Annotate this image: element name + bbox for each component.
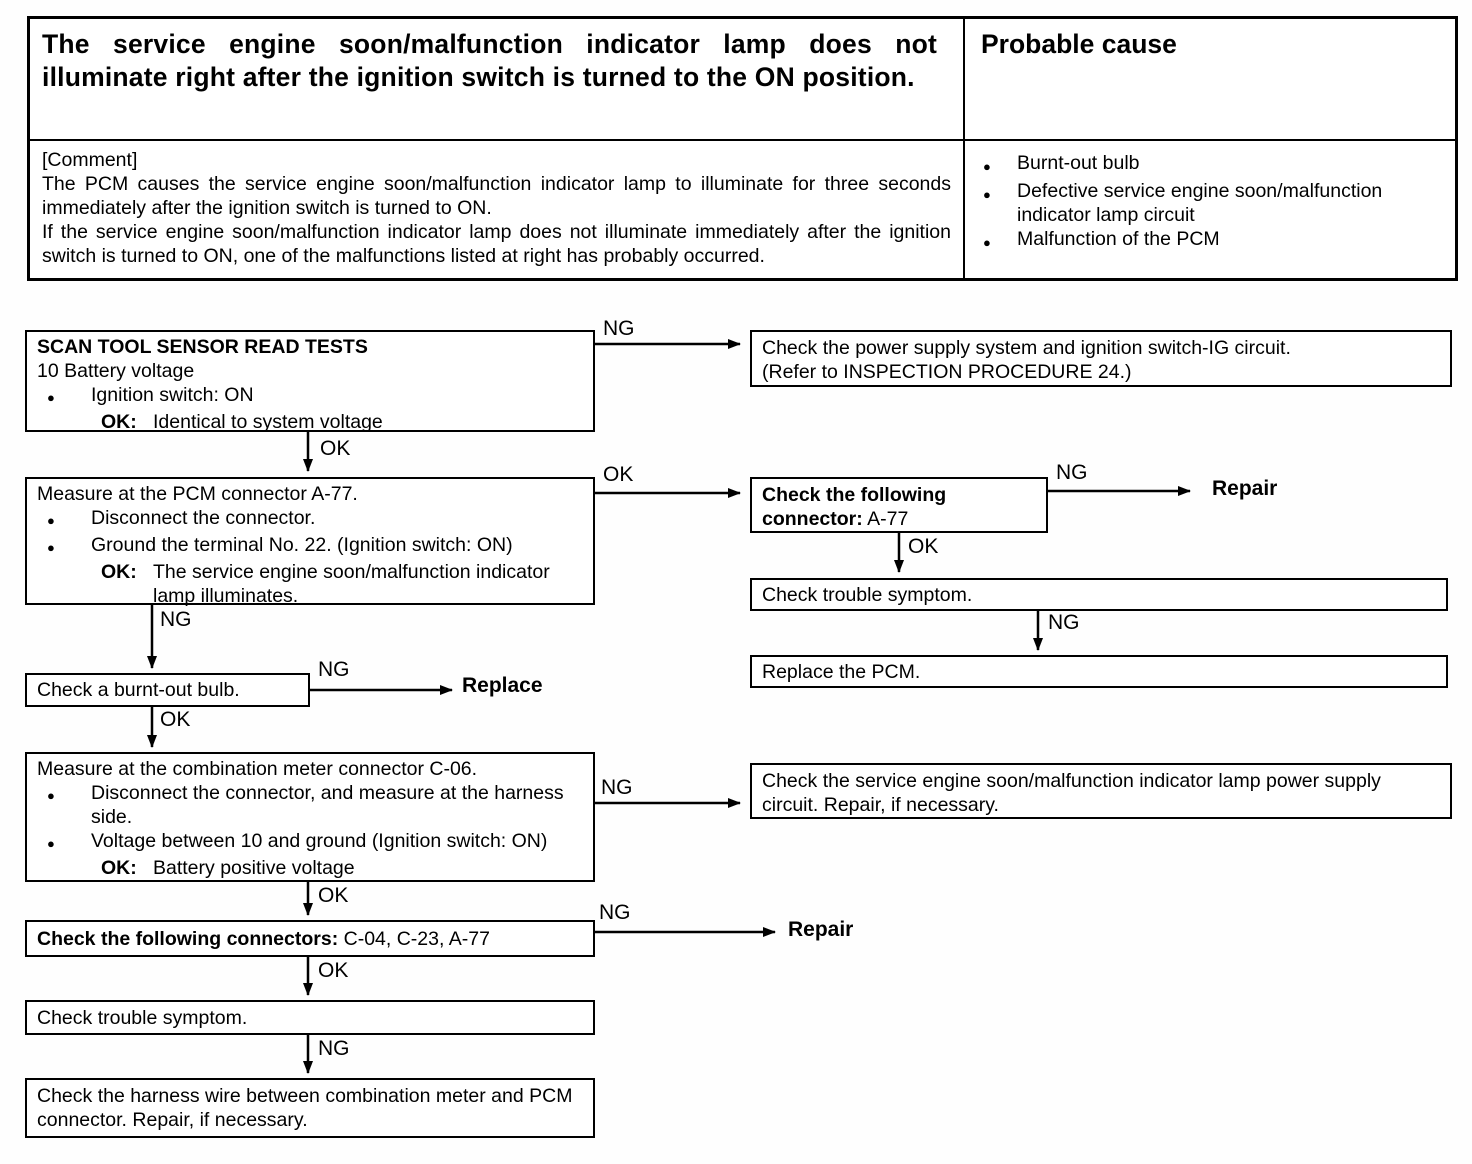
box-text: Check the following connectors: C-04, C-… [37, 927, 583, 951]
box-text: Replace the PCM. [762, 660, 1436, 684]
ok-prefix: OK: [101, 856, 153, 880]
bullet-text: Disconnect the connector. [91, 506, 583, 533]
box-text-bold: Check the following connector: [762, 484, 946, 530]
list-item: ● Malfunction of the PCM [979, 227, 1445, 255]
box-text: Check the service engine soon/malfunctio… [762, 769, 1440, 817]
comment-paragraph: The PCM causes the service engine soon/m… [42, 172, 951, 220]
box-text-bold: Check the following connectors: [37, 928, 338, 950]
flow-box-check-trouble-symptom-right: Check trouble symptom. [750, 578, 1448, 611]
problem-title: The service engine soon/malfunction indi… [30, 19, 965, 141]
arrow-label-ng: NG [318, 658, 350, 682]
bullet-icon: ● [37, 533, 91, 560]
terminal-replace: Replace [462, 674, 543, 698]
probable-cause-header: Probable cause [965, 19, 1455, 141]
box-bullet-row: ● Disconnect the connector. [37, 506, 583, 533]
comment-label: [Comment] [42, 148, 951, 172]
probable-cause-list: ● Burnt-out bulb ● Defective service eng… [965, 141, 1455, 278]
bullet-icon: ● [979, 179, 1017, 227]
ok-prefix: OK: [101, 410, 153, 434]
box-line: (Refer to INSPECTION PROCEDURE 24.) [762, 360, 1440, 384]
flow-box-measure-pcm-connector: Measure at the PCM connector A-77. ● Dis… [25, 477, 595, 605]
list-item: ● Burnt-out bulb [979, 151, 1445, 179]
arrow-label-ng: NG [1056, 461, 1088, 485]
arrow-label-ng: NG [603, 317, 635, 341]
bullet-text: Ground the terminal No. 22. (Ignition sw… [91, 533, 583, 560]
box-text: Check trouble symptom. [762, 583, 1436, 607]
arrow-label-ng: NG [160, 608, 192, 632]
arrow-label-ng: NG [1048, 611, 1080, 635]
box-bullet-row: ● Ignition switch: ON [37, 383, 583, 410]
box-ok-row: OK: Battery positive voltage [37, 856, 583, 880]
terminal-repair: Repair [1212, 477, 1277, 501]
bullet-text: Disconnect the connector, and measure at… [91, 781, 583, 829]
service-manual-page: The service engine soon/malfunction indi… [0, 0, 1472, 1164]
probable-cause-text: Burnt-out bulb [1017, 151, 1445, 179]
arrow-label-ok: OK [603, 463, 633, 487]
flow-box-measure-combination-meter: Measure at the combination meter connect… [25, 752, 595, 882]
arrow-label-ok: OK [318, 884, 348, 908]
arrow-label-ok: OK [908, 535, 938, 559]
arrow-label-ng: NG [318, 1037, 350, 1061]
flow-box-check-connector-a77: Check the following connector: A-77 [750, 477, 1048, 533]
bullet-icon: ● [979, 151, 1017, 179]
flow-box-check-trouble-symptom-left: Check trouble symptom. [25, 1000, 595, 1035]
box-text: Check a burnt-out bulb. [37, 678, 298, 702]
box-title: SCAN TOOL SENSOR READ TESTS [37, 335, 583, 359]
ok-text: Identical to system voltage [153, 410, 583, 434]
arrow-label-ok: OK [320, 437, 350, 461]
ok-prefix: OK: [101, 560, 153, 608]
flow-box-replace-pcm: Replace the PCM. [750, 655, 1448, 688]
ok-text: The service engine soon/malfunction indi… [153, 560, 583, 608]
box-title: Measure at the PCM connector A-77. [37, 482, 583, 506]
flow-box-check-following-connectors: Check the following connectors: C-04, C-… [25, 920, 595, 957]
flow-box-check-lamp-power-supply: Check the service engine soon/malfunctio… [750, 763, 1452, 819]
box-title: Measure at the combination meter connect… [37, 757, 583, 781]
probable-cause-text: Defective service engine soon/malfunctio… [1017, 179, 1445, 227]
flow-box-scan-tool-sensor-read-tests: SCAN TOOL SENSOR READ TESTS 10 Battery v… [25, 330, 595, 432]
arrow-label-ng: NG [601, 776, 633, 800]
bullet-icon: ● [37, 829, 91, 856]
diagnosis-table: The service engine soon/malfunction indi… [27, 16, 1458, 281]
box-ok-row: OK: Identical to system voltage [37, 410, 583, 434]
box-text-regular: C-04, C-23, A-77 [344, 928, 490, 950]
ok-text: Battery positive voltage [153, 856, 583, 880]
arrow-label-ok: OK [318, 959, 348, 983]
bullet-icon: ● [979, 227, 1017, 255]
arrow-label-ok: OK [160, 708, 190, 732]
flow-box-check-power-supply: Check the power supply system and igniti… [750, 330, 1452, 387]
box-text: Check trouble symptom. [37, 1006, 583, 1030]
box-line: Check the power supply system and igniti… [762, 336, 1440, 360]
box-bullet-row: ● Voltage between 10 and ground (Ignitio… [37, 829, 583, 856]
flow-box-check-burnt-out-bulb: Check a burnt-out bulb. [25, 673, 310, 707]
terminal-repair: Repair [788, 918, 853, 942]
box-line: 10 Battery voltage [37, 359, 583, 383]
bullet-icon: ● [37, 781, 91, 829]
box-ok-row: OK: The service engine soon/malfunction … [37, 560, 583, 608]
bullet-text: Ignition switch: ON [91, 383, 583, 410]
box-bullet-row: ● Disconnect the connector, and measure … [37, 781, 583, 829]
comment-paragraph: If the service engine soon/malfunction i… [42, 220, 951, 268]
bullet-icon: ● [37, 383, 91, 410]
box-text: Check the harness wire between combinati… [37, 1084, 583, 1132]
arrow-label-ng: NG [599, 901, 631, 925]
comment-section: [Comment] The PCM causes the service eng… [30, 141, 965, 278]
box-bullet-row: ● Ground the terminal No. 22. (Ignition … [37, 533, 583, 560]
box-text-regular: A-77 [867, 508, 908, 530]
probable-cause-text: Malfunction of the PCM [1017, 227, 1445, 255]
bullet-text: Voltage between 10 and ground (Ignition … [91, 829, 583, 856]
bullet-icon: ● [37, 506, 91, 533]
list-item: ● Defective service engine soon/malfunct… [979, 179, 1445, 227]
flow-box-check-harness-wire: Check the harness wire between combinati… [25, 1078, 595, 1138]
box-text: Check the following connector: A-77 [762, 483, 1036, 531]
